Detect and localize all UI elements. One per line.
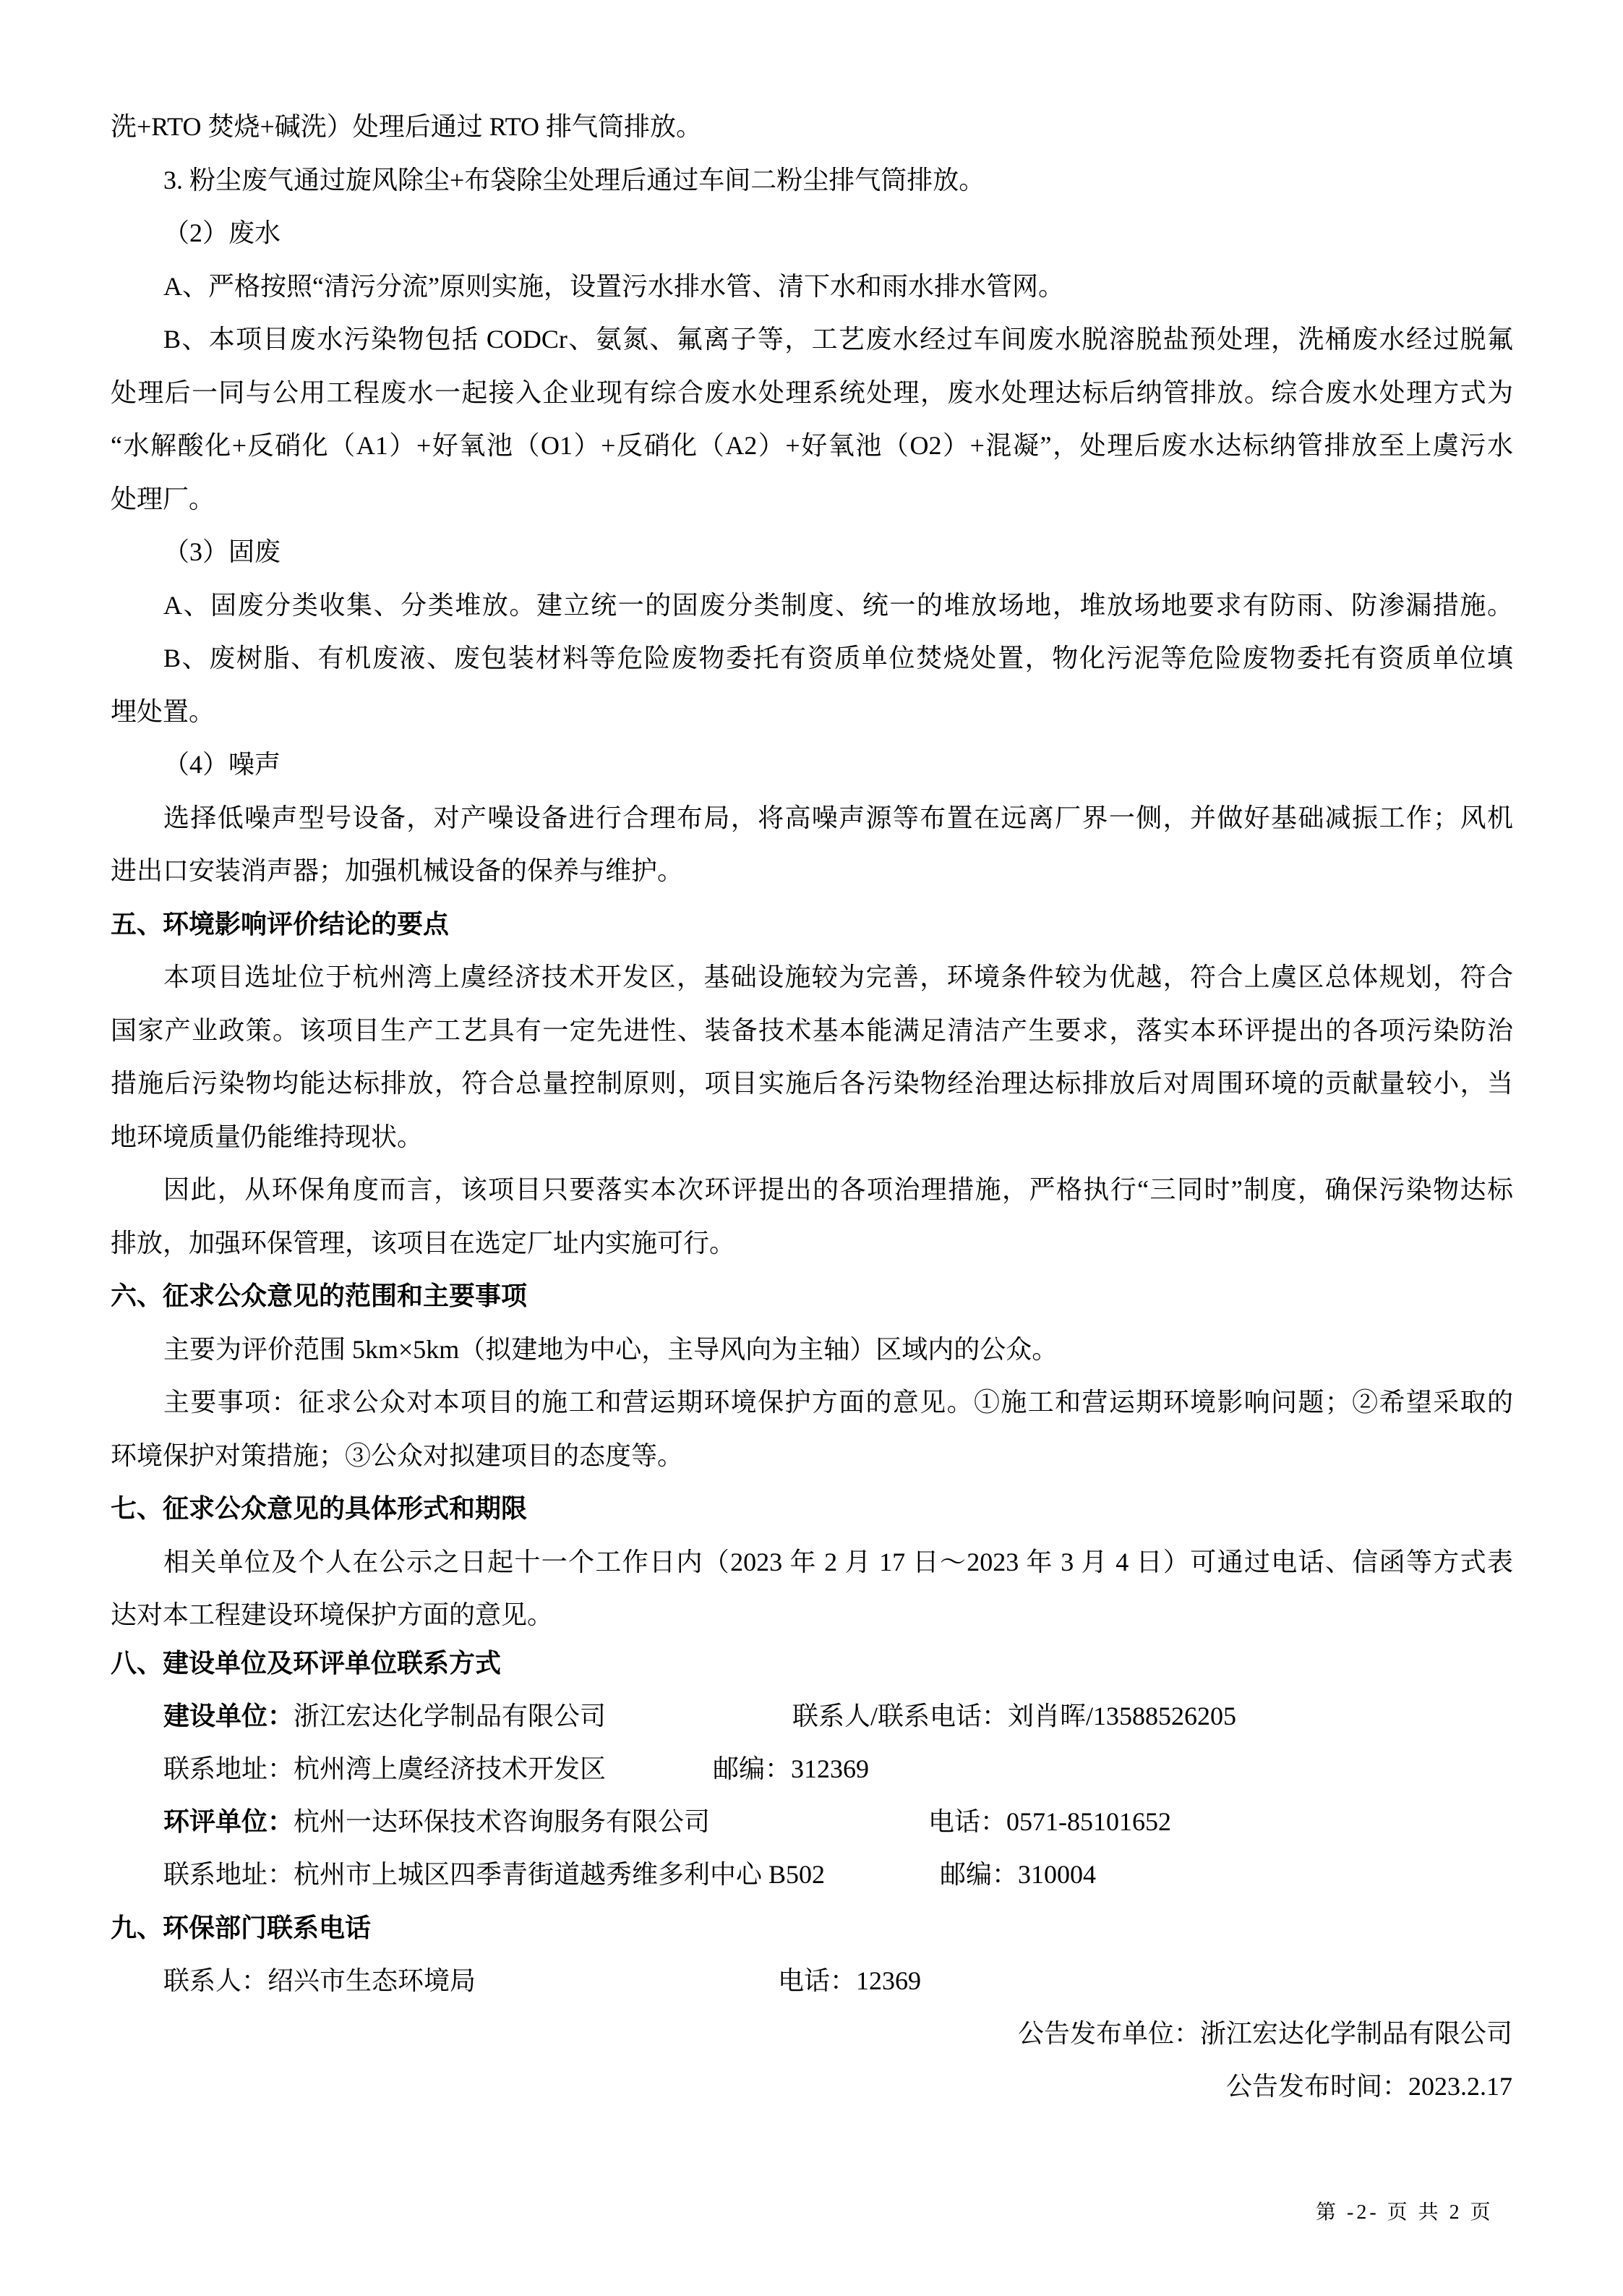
publish-date-line: 公告发布时间：2023.2.17 [1226,2069,1512,2104]
body-line: B、本项目废水污染物包括 CODCr、氨氮、氟离子等，工艺废水经过车间废水脱溶脱… [163,322,1513,357]
body-line: 进出口安装消声器；加强机械设备的保养与维护。 [111,853,1513,888]
section-heading-5: 五、环境影响评价结论的要点 [111,907,1513,942]
body-line: B、废树脂、有机废液、废包装材料等危险废物委托有资质单位焚烧处置，物化污泥等危险… [163,641,1513,675]
body-line: 洗+RTO 焚烧+碱洗）处理后通过 RTO 排气筒排放。 [111,109,1513,144]
page-number-footer: 第 -2- 页 共 2 页 [1316,2198,1494,2227]
builder-contact: 联系人/联系电话：刘肖晖/13588526205 [792,1699,1236,1733]
eia-postcode: 邮编：310004 [940,1857,1096,1892]
subsection-heading-solid-waste: （3）固废 [163,534,1513,569]
body-line: 处理后一同与公用工程废水一起接入企业现有综合废水处理系统处理，废水处理达标后纳管… [111,375,1513,410]
body-line: 地环境质量仍能维持现状。 [111,1119,1513,1154]
body-line: 主要事项：征求公众对本项目的施工和营运期环境保护方面的意见。①施工和营运期环境影… [163,1385,1513,1420]
section-heading-8: 八、建设单位及环评单位联系方式 [111,1646,1513,1681]
body-line: 因此，从环保角度而言，该项目只要落实本次环评提出的各项治理措施，严格执行“三同时… [163,1172,1513,1207]
body-line: 环境保护对策措施；③公众对拟建项目的态度等。 [111,1438,1513,1473]
subsection-heading-wastewater: （2）废水 [163,215,1513,250]
subsection-heading-noise: （4）噪声 [163,747,1513,782]
eia-label: 环评单位： [163,1807,294,1836]
eia-row: 环评单位：杭州一达环保技术咨询服务有限公司 电话：0571-85101652 [163,1804,1513,1839]
body-line: 相关单位及个人在公示之日起十一个工作日内（2023 年 2 月 17 日～202… [163,1545,1513,1579]
body-line: A、严格按照“清污分流”原则实施，设置污水排水管、清下水和雨水排水管网。 [163,269,1513,304]
body-line: 本项目选址位于杭州湾上虞经济技术开发区，基础设施较为完善，环境条件较为优越，符合… [163,960,1513,994]
builder-address-row: 联系地址：杭州湾上虞经济技术开发区 邮编：312369 [163,1751,1513,1786]
eia-address: 联系地址：杭州市上城区四季青街道越秀维多利中心 B502 [163,1860,825,1889]
builder-address: 联系地址：杭州湾上虞经济技术开发区 [163,1754,606,1783]
body-line: 处理厂。 [111,482,1513,516]
body-line: “水解酸化+反硝化（A1）+好氧池（O1）+反硝化（A2）+好氧池（O2）+混凝… [111,428,1513,463]
body-line: 达对本工程建设环境保护方面的意见。 [111,1597,1513,1632]
eia-name: 杭州一达环保技术咨询服务有限公司 [294,1807,710,1836]
body-line: 国家产业政策。该项目生产工艺具有一定先进性、装备技术基本能满足清洁产生要求，落实… [111,1013,1513,1048]
body-line: 主要为评价范围 5km×5km（拟建地为中心，主导风向为主轴）区域内的公众。 [163,1332,1513,1367]
builder-name: 浙江宏达化学制品有限公司 [294,1702,606,1730]
document-page: 洗+RTO 焚烧+碱洗）处理后通过 RTO 排气筒排放。 3. 粉尘废气通过旋风… [0,0,1623,2296]
epb-contact: 联系人：绍兴市生态环境局 [163,1966,476,1995]
body-line: 埋处置。 [111,694,1513,729]
body-line: 措施后污染物均能达标排放，符合总量控制原则，项目实施后各污染物经治理达标排放后对… [111,1066,1513,1101]
publisher-line: 公告发布单位：浙江宏达化学制品有限公司 [1018,2016,1512,2051]
body-line: 排放，加强环保管理，该项目在选定厂址内实施可行。 [111,1226,1513,1260]
builder-postcode: 邮编：312369 [713,1751,869,1786]
body-line: A、固废分类收集、分类堆放。建立统一的固废分类制度、统一的堆放场地，堆放场地要求… [163,588,1513,623]
body-line: 3. 粉尘废气通过旋风除尘+布袋除尘处理后通过车间二粉尘排气筒排放。 [163,163,1513,197]
epb-phone: 电话：12369 [778,1963,921,1998]
body-line: 选择低噪声型号设备，对产噪设备进行合理布局，将高噪声源等布置在远离厂界一侧，并做… [163,801,1513,835]
section-heading-7: 七、征求公众意见的具体形式和期限 [111,1491,1513,1526]
eia-phone: 电话：0571-85101652 [928,1804,1171,1839]
eia-address-row: 联系地址：杭州市上城区四季青街道越秀维多利中心 B502 邮编：310004 [163,1857,1513,1892]
builder-label: 建设单位： [163,1702,294,1730]
section-heading-6: 六、征求公众意见的范围和主要事项 [111,1279,1513,1313]
epb-row: 联系人：绍兴市生态环境局 电话：12369 [163,1963,1513,1998]
section-heading-9: 九、环保部门联系电话 [111,1911,1513,1945]
builder-row: 建设单位：浙江宏达化学制品有限公司 联系人/联系电话：刘肖晖/135885262… [163,1699,1513,1733]
